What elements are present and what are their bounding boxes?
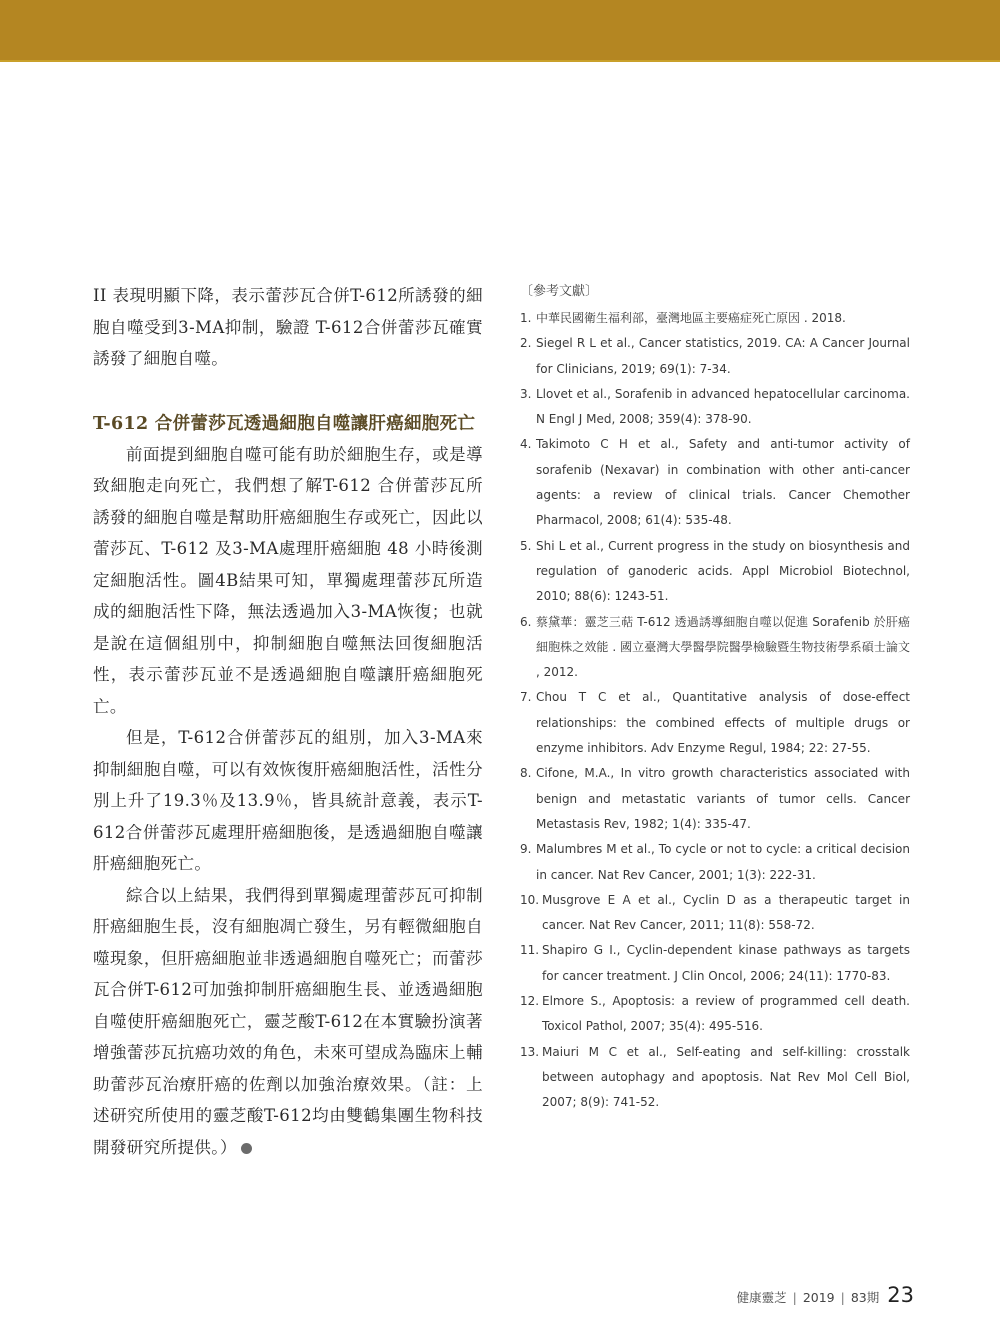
body-paragraph-2: 但是，T-612合併蕾莎瓦的組別，加入3-MA來抑制細胞自噬，可以有效恢復肝癌細… [93,722,483,880]
reference-text: Malumbres M et al., To cycle or not to c… [536,837,910,888]
reference-text: Musgrove E A et al., Cyclin D as a thera… [542,888,910,939]
reference-item: 11.Shapiro G I., Cyclin-dependent kinase… [520,938,910,989]
reference-text: 蔡黛華：靈芝三萜 T-612 透過誘導細胞自噬以促進 Sorafenib 於肝癌… [536,610,910,686]
end-mark-icon [241,1143,252,1154]
reference-item: 5.Shi L et al., Current progress in the … [520,534,910,610]
reference-number: 13. [520,1040,542,1116]
body-paragraph-3-text: 綜合以上結果，我們得到單獨處理蕾莎瓦可抑制肝癌細胞生長，沒有細胞凋亡發生，另有輕… [93,886,483,1157]
reference-number: 10. [520,888,542,939]
reference-number: 9. [520,837,536,888]
reference-text: Siegel R L et al., Cancer statistics, 20… [536,331,910,382]
reference-item: 4.Takimoto C H et al., Safety and anti-t… [520,432,910,533]
page-number: 23 [887,1283,914,1307]
page-footer: 健康靈芝 | 2019 | 83期 23 [737,1283,914,1307]
reference-item: 9.Malumbres M et al., To cycle or not to… [520,837,910,888]
header-color-band [0,0,1000,62]
footer-separator: | [793,1290,797,1305]
reference-number: 8. [520,761,536,837]
reference-number: 11. [520,938,542,989]
reference-text: Elmore S., Apoptosis: a review of progra… [542,989,910,1040]
issue-number: 83期 [851,1288,879,1306]
reference-item: 8.Cifone, M.A., In vitro growth characte… [520,761,910,837]
reference-number: 12. [520,989,542,1040]
reference-item: 1.中華民國衛生福利部，臺灣地區主要癌症死亡原因 . 2018. [520,306,910,331]
reference-text: Shapiro G I., Cyclin-dependent kinase pa… [542,938,910,989]
reference-text: Llovet et al., Sorafenib in advanced hep… [536,382,910,433]
reference-number: 6. [520,610,536,686]
article-body: II 表現明顯下降，表示蕾莎瓦合併T-612所誘發的細胞自噬受到3-MA抑制，驗… [93,280,483,1163]
footer-separator: | [841,1290,845,1305]
intro-paragraph: II 表現明顯下降，表示蕾莎瓦合併T-612所誘發的細胞自噬受到3-MA抑制，驗… [93,280,483,375]
reference-item: 13.Maiuri M C et al., Self-eating and se… [520,1040,910,1116]
reference-item: 3.Llovet et al., Sorafenib in advanced h… [520,382,910,433]
body-paragraph-1: 前面提到細胞自噬可能有助於細胞生存，或是導致細胞走向死亡，我們想了解T-612 … [93,439,483,723]
reference-number: 3. [520,382,536,433]
reference-number: 7. [520,685,536,761]
reference-text: 中華民國衛生福利部，臺灣地區主要癌症死亡原因 . 2018. [536,306,910,331]
reference-item: 7.Chou T C et al., Quantitative analysis… [520,685,910,761]
reference-text: Chou T C et al., Quantitative analysis o… [536,685,910,761]
reference-number: 2. [520,331,536,382]
issue-year: 2019 [803,1290,835,1305]
references-section: 〔參考文獻〕 1.中華民國衛生福利部，臺灣地區主要癌症死亡原因 . 2018. … [520,280,910,1116]
reference-number: 5. [520,534,536,610]
reference-number: 4. [520,432,536,533]
reference-text: Shi L et al., Current progress in the st… [536,534,910,610]
reference-item: 2.Siegel R L et al., Cancer statistics, … [520,331,910,382]
body-paragraph-3: 綜合以上結果，我們得到單獨處理蕾莎瓦可抑制肝癌細胞生長，沒有細胞凋亡發生，另有輕… [93,880,483,1164]
references-title: 〔參考文獻〕 [520,280,910,304]
magazine-name: 健康靈芝 [737,1288,787,1306]
reference-number: 1. [520,306,536,331]
reference-item: 12.Elmore S., Apoptosis: a review of pro… [520,989,910,1040]
reference-item: 10.Musgrove E A et al., Cyclin D as a th… [520,888,910,939]
reference-text: Cifone, M.A., In vitro growth characteri… [536,761,910,837]
section-heading: T-612 合併蕾莎瓦透過細胞自噬讓肝癌細胞死亡 [93,409,483,439]
reference-text: Maiuri M C et al., Self-eating and self-… [542,1040,910,1116]
reference-item: 6.蔡黛華：靈芝三萜 T-612 透過誘導細胞自噬以促進 Sorafenib 於… [520,610,910,686]
reference-text: Takimoto C H et al., Safety and anti-tum… [536,432,910,533]
